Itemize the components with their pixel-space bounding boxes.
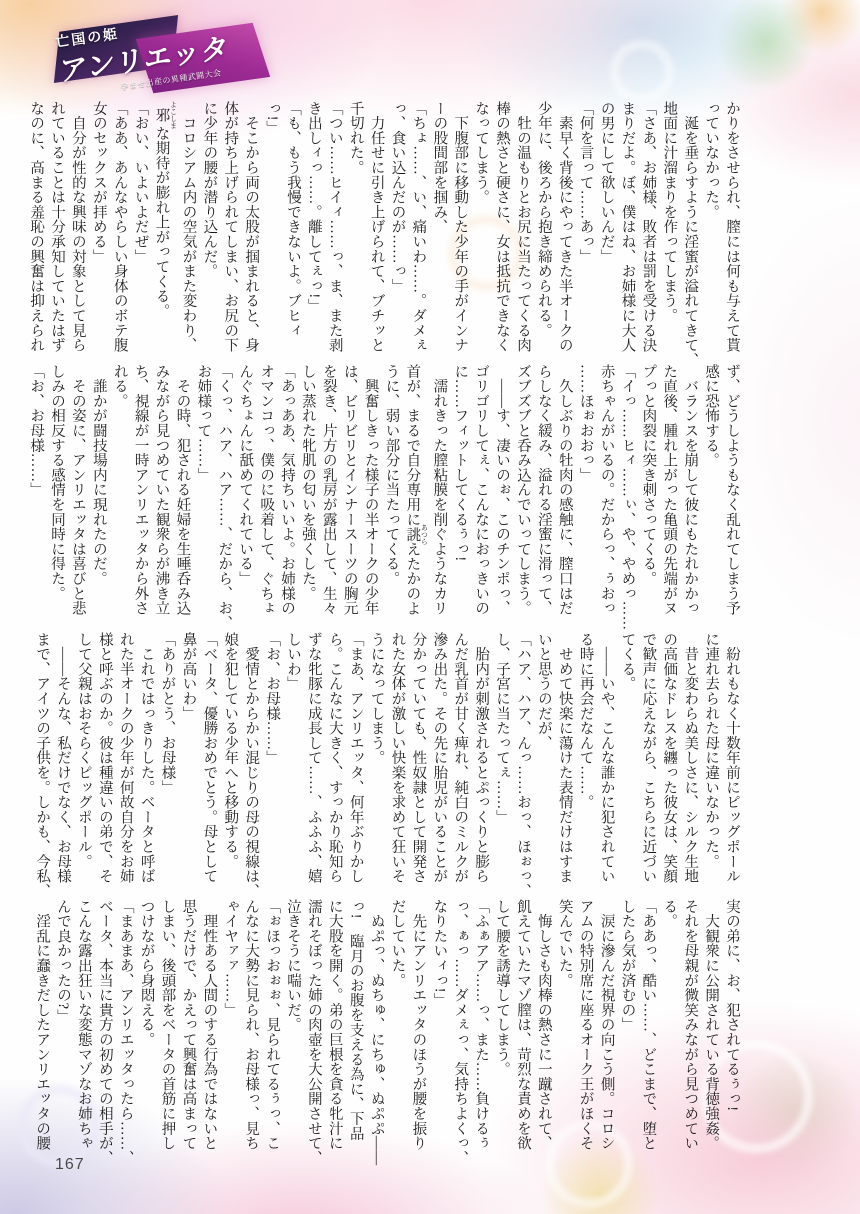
text-column: んなに大勢に見られ、お母様っ、見ち <box>240 899 261 1154</box>
text-column: だしていた。 <box>387 899 408 1154</box>
text-column: の男にして欲しいんだ」 <box>596 101 617 356</box>
text-column: 胎内が刺激されるとぷっくりと膨ら <box>470 632 491 887</box>
text-column: 濡れそぼった姉の肉壺を大公開させて、 <box>303 899 324 1154</box>
text-column: ら。こんなに大きく、すっかり恥知ら <box>324 632 345 887</box>
text-column: っていなかった。 <box>700 101 721 356</box>
text-column: の高価なドレスを纏った彼女は、笑顔 <box>658 632 679 887</box>
text-column: 興奮しきった様子の半オークの少年 <box>360 364 381 619</box>
text-column: 先にアンリエッタのほうが腰を振り <box>408 899 429 1154</box>
text-column: 飢えていたマゾ膣は、苛烈な責めを欲 <box>512 899 533 1154</box>
text-column: 様と呼ぶのか。彼は種違いの弟で、そ <box>94 632 115 887</box>
text-column: 少年に、後ろから抱き締められる。 <box>533 101 554 356</box>
text-band-2: ず、どうしようもなく乱れてしまう予感に恐怖する。 バランスを崩して彼にもたれかか… <box>33 364 742 619</box>
text-column: その姿に、アンリエッタは喜びと悲 <box>67 364 88 619</box>
text-column: バランスを崩して彼にもたれかかっ <box>679 364 700 619</box>
text-column: なのに、高まる羞恥の興奮は抑えられ <box>25 101 46 356</box>
text-column: ゴリゴリしてぇ、こんなにおっきいの <box>470 364 491 619</box>
text-column: ずな牝豚に成長して……、ふふふ、嬉 <box>303 632 324 887</box>
text-column: んぐちょんに舐めてくれている」 <box>234 364 255 619</box>
text-column: 愛情とからかい混じりの母の視線は、 <box>240 632 261 887</box>
text-column: 「ぉほっおぉぉ、見られてるぅっ、こ <box>261 899 282 1154</box>
text-column: 「お、お母様……」 <box>261 632 282 887</box>
text-column: てくる。 <box>617 632 638 887</box>
text-column: 千切れた。 <box>345 101 366 356</box>
text-band-3: 紛れもなく十数年前にピッグポールに連れ去られた母に違いなかった。 昔と変わらぬ美… <box>33 632 742 887</box>
text-column: 「つい……ヒイィ……っ、ま、また剥 <box>324 101 345 356</box>
text-column: いと思うのだが、 <box>533 632 554 887</box>
text-column: ――いや、こんな誰かに犯されてい <box>596 632 617 887</box>
text-column: ――そんな、私だけでなく、お母様 <box>52 632 73 887</box>
text-column: ……ほぉおおっ」 <box>575 364 596 619</box>
text-column: に少年の腰が潜り込んだ。 <box>198 101 219 356</box>
text-column: したら気が済むの」 <box>617 899 638 1154</box>
text-column: みながら見つめていた観衆らが沸き立 <box>151 364 172 619</box>
text-column: っ、ぁっ……ダメぇっ、気持ちよくっ、 <box>449 899 470 1154</box>
text-column: 泣きそうに喘いだ。 <box>282 899 303 1154</box>
text-column: る。 <box>658 899 679 1154</box>
text-column: 「何を言って……あっ」 <box>575 101 596 356</box>
text-column: 力任せに引き上げられて、ブチッと <box>366 101 387 356</box>
text-column: 「ちょ……、い、痛いわ……。ダメぇ <box>408 101 429 356</box>
text-column: 首が、まるで自分専用に誂あつらえたかのよ <box>402 364 429 619</box>
text-column: 「まあまあ、アンリエッタったら……、 <box>115 899 136 1154</box>
text-column: 女のセックスが拝める」 <box>88 101 109 356</box>
text-column: 「おい、いよいよだぜ」 <box>130 101 151 356</box>
text-column: しいわ」 <box>282 632 303 887</box>
text-column: は、ビリビリとインナースーツの胸元 <box>339 364 360 619</box>
bokeh-ring <box>610 40 674 104</box>
text-column: 体が持ち上げられてしまい、お尻の下 <box>219 101 240 356</box>
text-column: 素早く背後にやってきた半オークの <box>554 101 575 356</box>
text-column: 自分が性的な興味の対象として見ら <box>67 101 88 356</box>
text-column: ズブズブと呑み込んでいってしまう。 <box>512 364 533 619</box>
text-column: ぬぷっ、ぬちゅ、にちゅ、ぬぷぷ―― <box>366 899 387 1154</box>
text-column: き出しィっ……。離してぇっ!」 <box>303 101 324 356</box>
text-column: 赤ちゃんがいるの。だからっ、ぅおっ <box>596 364 617 619</box>
text-column: なりたいィっ!」 <box>428 899 449 1154</box>
text-column: 滲み出た。その先に胎児がいることが <box>428 632 449 887</box>
text-column: 「ああっ、酷い……、どこまで、堕と <box>637 899 658 1154</box>
text-column: 鼻が高いわ」 <box>178 632 199 887</box>
text-column: 「お、お母様……」 <box>25 364 46 619</box>
text-column: 淫乱に蠢きだしたアンリエッタの腰 <box>31 899 52 1154</box>
text-column: 悔しさも肉棒の熱さに一蹴されて、 <box>533 899 554 1154</box>
text-column: 大観衆に公開されている背徳強姦。 <box>700 899 721 1154</box>
text-column: に……フィットしてくるぅっ! <box>449 364 470 619</box>
text-column: 昔と変わらぬ美しさに、シルク生地 <box>679 632 700 887</box>
text-column: まで、アイツの子供を。しかも、今私、 <box>31 632 52 887</box>
text-column: 理性ある人間のする行為ではないと <box>198 899 219 1154</box>
text-column: アムの特別席に座るオーク王がほくそ <box>575 899 596 1154</box>
text-column: 笑んでいた。 <box>554 899 575 1154</box>
text-column: 娘を犯している少年へと移動する。 <box>219 632 240 887</box>
text-column: れていることは十分承知していたはず <box>46 101 67 356</box>
text-band-4: 実の弟に、お、犯されてるぅっ! 大観衆に公開されている背徳強姦。それを母親が微笑… <box>33 899 742 1154</box>
text-column: に連れ去られた母に違いなかった。 <box>700 632 721 887</box>
text-column: コロシアム内の空気がまた変わり、 <box>178 101 199 356</box>
text-column: た直後、腫れ上がった亀頭の先端がヌ <box>658 364 679 619</box>
text-column: っ! 臨月のお腹を支える為に、下品 <box>345 899 366 1154</box>
text-column: しい蒸れた牝肌の匂いを強くした。 <box>297 364 318 619</box>
text-column: して腰を誘導してしまう。 <box>491 899 512 1154</box>
logo-text: 亡国の姫 アンリエッタ 孕ませ出産の異種武闘大会 <box>54 4 262 100</box>
text-column: んで良かったの?」 <box>52 899 73 1154</box>
text-column: 涙に滲んだ視界の向こう側。コロシ <box>596 899 617 1154</box>
text-column: 「ベータ、優勝おめでとう。母として <box>198 632 219 887</box>
text-column: ーの股間部を掴み、 <box>428 101 449 356</box>
text-column: 棒の熱さと硬さに、女は抵抗できなく <box>491 101 512 356</box>
text-column: オマンコっ、僕のに吸着して、ぐちょ <box>255 364 276 619</box>
text-column: こんな露出狂いな変態マゾなお姉ちゃ <box>73 899 94 1154</box>
text-column: 実の弟に、お、犯されてるぅっ! <box>721 899 742 1154</box>
novel-page: 亡国の姫 アンリエッタ 孕ませ出産の異種武闘大会 かりをさせられ、膣には何も与え… <box>0 0 860 1214</box>
text-column: せめて快楽に蕩けた表情だけはすま <box>554 632 575 887</box>
text-column: 「あっああ、気持ちいいよ。お姉様の <box>276 364 297 619</box>
text-column: で歓声に応えながら、こちらに近づい <box>637 632 658 887</box>
text-column: 思うだけで、かえって興奮は高まって <box>178 899 199 1154</box>
text-column: 感に恐怖する。 <box>700 364 721 619</box>
text-column: 「ふぁアア……っ、また……負けるぅ <box>470 899 491 1154</box>
text-column: 「ハア、ハア、んっ……おっ、ほぉっ、 <box>512 632 533 887</box>
text-column: っ、食い込んだのが……っ」 <box>387 101 408 356</box>
text-column: ず、どうしようもなく乱れてしまう予 <box>721 364 742 619</box>
text-column: 「イっ……ヒィ……ぃ、や、やめっ…… <box>617 364 638 619</box>
text-column: まりだよ。ぼ、僕はね、お姉様に大人 <box>617 101 638 356</box>
text-column: 地面に汁溜まりを作ってしまう。 <box>658 101 679 356</box>
text-column: んだ乳首が甘く痺れ、純白のミルクが <box>449 632 470 887</box>
text-column: 「くっ、ハア、ハア……、だから、お、 <box>213 364 234 619</box>
text-column: うになってしまう。 <box>366 632 387 887</box>
text-column: プっと肉裂に突き刺さってくる。 <box>637 364 658 619</box>
text-column: 久しぶりの牡肉の感触に、膣口はだ <box>554 364 575 619</box>
text-column: して父親はおそらくピッグポール。 <box>73 632 94 887</box>
text-column: っ!」 <box>261 101 282 356</box>
text-column: ち、視線が一時アンリエッタから外さ <box>130 364 151 619</box>
text-column: 「ありがとう、お母様」 <box>157 632 178 887</box>
text-column: ――す、凄いのぉ、このチンポっ、 <box>491 364 512 619</box>
text-column: その時、犯される妊婦を生唾呑み込 <box>172 364 193 619</box>
text-column: 分かっていても、性奴隷として開発さ <box>408 632 429 887</box>
text-column: に大股を開く。弟の巨根を貪る牝汁に <box>324 899 345 1154</box>
text-column: 牡の温もりとお尻に当たってくる肉 <box>512 101 533 356</box>
text-column: 「も、もう我慢できないよ。ブヒィ <box>282 101 303 356</box>
text-column: 誰かが闘技場内に現れたのだ。 <box>88 364 109 619</box>
text-column: らしなく緩み、溢れる淫蜜に滑って、 <box>533 364 554 619</box>
text-column: しみの相反する感情を同時に得た。 <box>46 364 67 619</box>
text-column: しまい、後頭部をベータの首筋に押し <box>157 899 178 1154</box>
text-column: ベータ、本当に貴方の初めての相手が、 <box>94 899 115 1154</box>
text-column: れた半オークの少年が何故自分をお姉 <box>115 632 136 887</box>
text-column: なってしまう。 <box>470 101 491 356</box>
text-column: かりをさせられ、膣には何も与えて貰 <box>721 101 742 356</box>
text-column: 下腹部に移動した少年の手がインナ <box>449 101 470 356</box>
text-column: 邪よこしまな期待が膨れ上がってくる。 <box>151 101 178 356</box>
text-column: ゃイヤァァ……」 <box>219 899 240 1154</box>
page-number: 167 <box>55 1156 85 1174</box>
text-column: れる。 <box>109 364 130 619</box>
text-column: 「ああ、あんなやらしい身体のボテ腹 <box>109 101 130 356</box>
text-column: うに、弱い部分に当たってくる。 <box>381 364 402 619</box>
series-logo: 亡国の姫 アンリエッタ 孕ませ出産の異種武闘大会 <box>46 12 266 98</box>
text-column: そこから両の太股が掴まれると、身 <box>240 101 261 356</box>
text-band-1: かりをさせられ、膣には何も与えて貰っていなかった。 涎を垂らすように淫蜜が溢れて… <box>33 101 742 356</box>
text-column: 濡れきった膣粘膜を削ぐようなカリ <box>428 364 449 619</box>
text-column: 紛れもなく十数年前にピッグポール <box>721 632 742 887</box>
text-column: 涎を垂らすように淫蜜が溢れてきて、 <box>679 101 700 356</box>
text-column: る時に再会だなんて……。 <box>575 632 596 887</box>
text-column: を裂き、片方の乳房が露出して、生々 <box>318 364 339 619</box>
text-column: 「まあ、アンリエッタ、何年ぶりかし <box>345 632 366 887</box>
text-column: お姉様って……」 <box>192 364 213 619</box>
text-column: これではっきりした。ベータと呼ば <box>136 632 157 887</box>
text-column: れた女体が激しい快楽を求めて狂いそ <box>387 632 408 887</box>
text-column: 「さあ、お姉様、敗者は罰を受ける決 <box>637 101 658 356</box>
text-column: つけながら身悶える。 <box>136 899 157 1154</box>
text-column: それを母親が微笑みながら見つめてい <box>679 899 700 1154</box>
text-column: し、子宮に当たってぇ……」 <box>491 632 512 887</box>
